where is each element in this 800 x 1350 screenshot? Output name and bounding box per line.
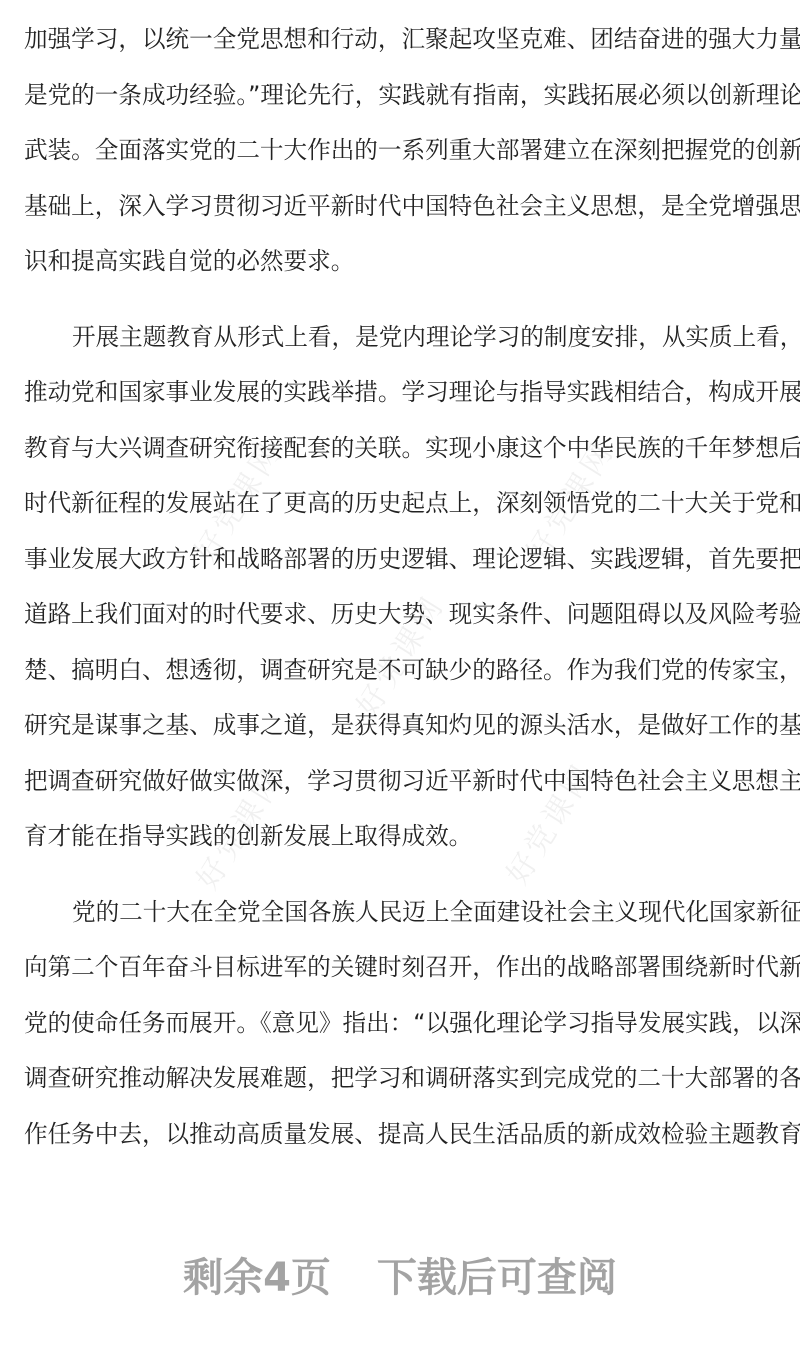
text-line: 向第二个百年奋斗目标进军的关键时刻召开，作出的战略部署围绕新时代新征程 bbox=[24, 940, 776, 996]
document-body: 加强学习，以统一全党思想和行动，汇聚起攻坚克难、团结奋进的强大力量。这 是党的一… bbox=[24, 12, 776, 1182]
text-line: 推动党和国家事业发展的实践举措。学习理论与指导实践相结合，构成开展主题 bbox=[24, 365, 776, 421]
text-line: 教育与大兴调查研究衔接配套的关联。实现小康这个中华民族的千年梦想后，新 bbox=[24, 421, 776, 477]
paragraph-3: 党的二十大在全党全国各族人民迈上全面建设社会主义现代化国家新征程、 向第二个百年… bbox=[24, 885, 776, 1163]
text-line: 党的使命任务而展开。《意见》指出：“以强化理论学习指导发展实践，以深化 bbox=[24, 996, 776, 1052]
text-line: 调查研究推动解决发展难题，把学习和调研落实到完成党的二十大部署的各项工 bbox=[24, 1051, 776, 1107]
text-line: 加强学习，以统一全党思想和行动，汇聚起攻坚克难、团结奋进的强大力量。这 bbox=[24, 12, 776, 68]
paragraph-1: 加强学习，以统一全党思想和行动，汇聚起攻坚克难、团结奋进的强大力量。这 是党的一… bbox=[24, 12, 776, 290]
text-line: 研究是谋事之基、成事之道，是获得真知灼见的源头活水，是做好工作的基本功。 bbox=[24, 698, 776, 754]
download-to-view-label[interactable]: 下载后可查阅 bbox=[377, 1255, 617, 1301]
text-line: 党的二十大在全党全国各族人民迈上全面建设社会主义现代化国家新征程、 bbox=[24, 885, 776, 941]
text-line: 是党的一条成功经验。”理论先行，实践就有指南，实践拓展必须以创新理论为 bbox=[24, 68, 776, 124]
text-line: 楚、搞明白、想透彻，调查研究是不可缺少的路径。作为我们党的传家宝，调查 bbox=[24, 643, 776, 699]
text-line: 时代新征程的发展站在了更高的历史起点上，深刻领悟党的二十大关于党和国家 bbox=[24, 476, 776, 532]
text-line: 育才能在指导实践的创新发展上取得成效。 bbox=[24, 809, 776, 865]
remaining-pages-label: 剩余4页 bbox=[183, 1255, 331, 1301]
download-prompt-banner[interactable]: 剩余4页下载后可查阅 bbox=[0, 1246, 800, 1303]
text-line: 事业发展大政方针和战略部署的历史逻辑、理论逻辑、实践逻辑，首先要把前进 bbox=[24, 532, 776, 588]
text-line: 识和提高实践自觉的必然要求。 bbox=[24, 234, 776, 290]
text-line: 把调查研究做好做实做深，学习贯彻习近平新时代中国特色社会主义思想主题教 bbox=[24, 754, 776, 810]
text-line: 武装。全面落实党的二十大作出的一系列重大部署建立在深刻把握党的创新理论 bbox=[24, 123, 776, 179]
paragraph-2: 开展主题教育从形式上看，是党内理论学习的制度安排，从实质上看，则是 推动党和国家… bbox=[24, 310, 776, 865]
text-line: 开展主题教育从形式上看，是党内理论学习的制度安排，从实质上看，则是 bbox=[24, 310, 776, 366]
text-line: 作任务中去，以推动高质量发展、提高人民生活品质的新成效检验主题教育成果。” bbox=[24, 1107, 776, 1163]
text-line: 道路上我们面对的时代要求、历史大势、现实条件、问题阻碍以及风险考验弄清 bbox=[24, 587, 776, 643]
text-line: 基础上，深入学习贯彻习近平新时代中国特色社会主义思想，是全党增强思想共 bbox=[24, 179, 776, 235]
